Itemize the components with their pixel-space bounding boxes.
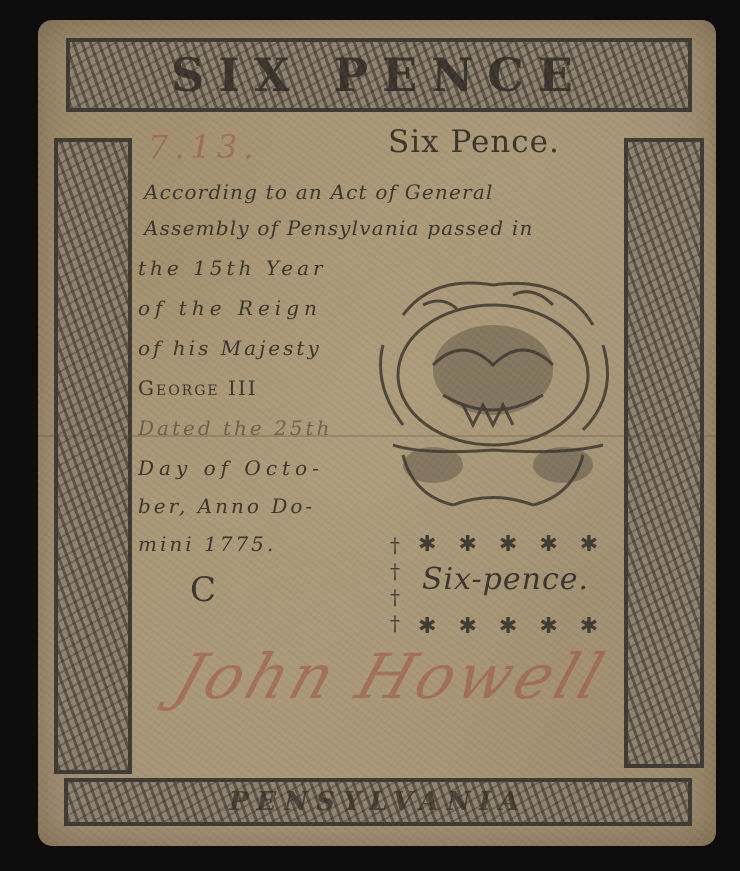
right-border-ornament [624, 138, 704, 768]
act-text-line: Day of Octo- [138, 456, 324, 480]
star-row-top: ✱ ✱ ✱ ✱ ✱ [418, 534, 598, 556]
denomination-block: † † † † ✱ ✱ ✱ ✱ ✱ Six-pence. ✱ ✱ ✱ ✱ ✱ [378, 532, 624, 640]
act-text-line: ber, Anno Do- [138, 494, 315, 518]
top-border-band: Six Pence [66, 38, 692, 112]
cross-ornament-column: † † † † [380, 532, 410, 640]
act-text-line: George III [138, 376, 258, 400]
currency-note: Six Pence Pensylvania 7.13. Six Pence. A… [38, 20, 716, 846]
fold-crease [38, 435, 716, 437]
cross-icon: † [380, 610, 410, 636]
left-border-ornament [54, 138, 132, 774]
act-text-line: mini 1775. [138, 532, 276, 556]
bottom-border-band: Pensylvania [64, 778, 692, 826]
act-text-line: Assembly of Pensylvania passed in [144, 216, 534, 240]
bottom-border-text: Pensylvania [68, 782, 688, 822]
star-icon: ✱ [539, 534, 557, 556]
coat-of-arms-icon [363, 255, 625, 515]
act-text-line: of the Reign [138, 296, 322, 320]
star-icon: ✱ [458, 534, 476, 556]
star-icon: ✱ [458, 616, 476, 638]
star-icon: ✱ [580, 534, 598, 556]
star-row-bottom: ✱ ✱ ✱ ✱ ✱ [418, 616, 598, 638]
star-icon: ✱ [539, 616, 557, 638]
cross-icon: † [380, 558, 410, 584]
cross-icon: † [380, 584, 410, 610]
star-icon: ✱ [499, 534, 517, 556]
signature: John Howell [166, 640, 616, 713]
act-text-line: According to an Act of General [144, 180, 494, 204]
act-text-line: of his Majesty [138, 336, 322, 360]
act-text-line: the 15th Year [138, 256, 327, 280]
top-border-text: Six Pence [70, 42, 688, 108]
denomination-text: Six-pence. [422, 562, 589, 597]
plate-letter: C [190, 570, 216, 610]
cross-icon: † [380, 532, 410, 558]
serial-mark: 7.13. [148, 128, 259, 166]
heading-value: Six Pence. [388, 124, 560, 160]
star-icon: ✱ [418, 616, 436, 638]
star-icon: ✱ [418, 534, 436, 556]
star-icon: ✱ [580, 616, 598, 638]
star-icon: ✱ [499, 616, 517, 638]
